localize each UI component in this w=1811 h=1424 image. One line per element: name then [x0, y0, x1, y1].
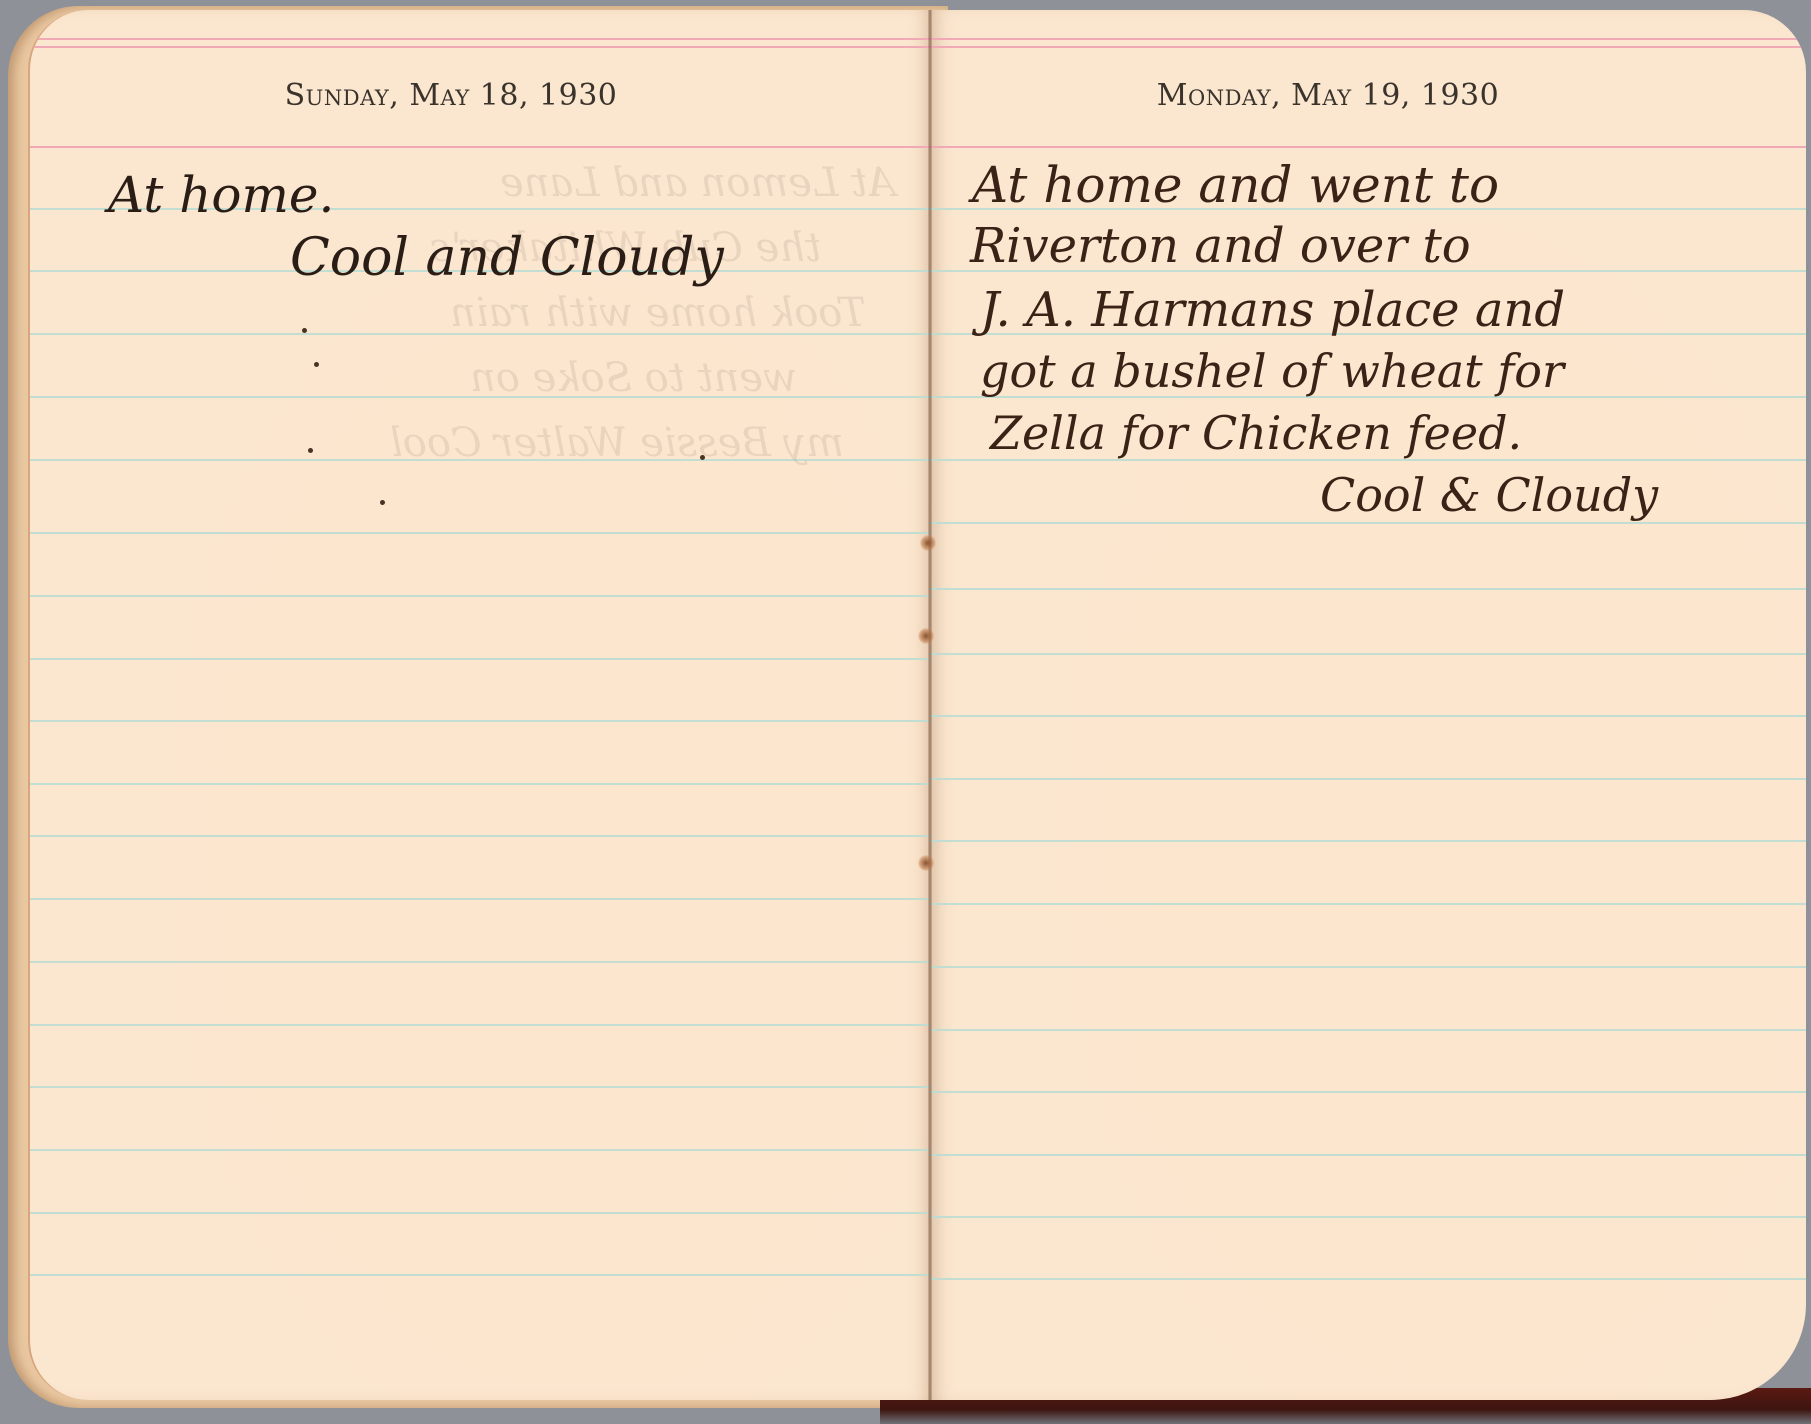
header-rule [930, 146, 1806, 148]
header-rule [30, 46, 932, 48]
ruled-line [30, 783, 932, 785]
ruled-line [30, 961, 932, 963]
ink-speck [302, 328, 307, 333]
header-rule [930, 38, 1806, 40]
ruled-line [930, 1278, 1806, 1280]
foxing-stain [918, 855, 934, 871]
entry-line: Riverton and over to [970, 222, 1471, 270]
ruled-line [30, 1274, 932, 1276]
ink-speck [308, 448, 313, 453]
diary-page-left: Sunday, May 18, 1930 At Lemon and Lane t… [28, 10, 932, 1400]
entry-line: At home. [108, 170, 334, 220]
entry-line: Cool and Cloudy [290, 232, 724, 284]
ruled-line [930, 1091, 1806, 1093]
ruled-line [930, 966, 1806, 968]
ruled-line [30, 595, 932, 597]
ruled-line [930, 840, 1806, 842]
ruled-line [30, 1086, 932, 1088]
header-rule [930, 46, 1806, 48]
ruled-line [30, 898, 932, 900]
bleed-through-text: At Lemon and Lane [500, 160, 895, 206]
header-rule [30, 38, 932, 40]
ruled-line [30, 835, 932, 837]
bleed-through-text: went to Soke on [470, 355, 797, 401]
ruled-line [30, 720, 932, 722]
foxing-stain [920, 535, 936, 551]
ruled-line [930, 522, 1806, 524]
ruled-line [930, 778, 1806, 780]
book-spine-gutter [928, 10, 932, 1400]
ink-speck [700, 455, 705, 460]
bleed-through-text: Took home with rain [450, 290, 866, 336]
ink-speck [314, 362, 319, 367]
ruled-line [30, 1212, 932, 1214]
bleed-through-text: my Bessie Walter Cool [390, 420, 844, 466]
ruled-line [930, 1216, 1806, 1218]
ruled-line [930, 1154, 1806, 1156]
entry-line: J. A. Harmans place and [980, 286, 1565, 334]
entry-line: got a bushel of wheat for [980, 348, 1564, 394]
foxing-stain [918, 628, 934, 644]
ruled-line [30, 1024, 932, 1026]
ruled-line [930, 903, 1806, 905]
header-rule [30, 146, 932, 148]
entry-line: Cool & Cloudy [1320, 472, 1658, 518]
ruled-line [930, 715, 1806, 717]
ink-speck [380, 500, 385, 505]
entry-line: Zella for Chicken feed. [990, 410, 1522, 456]
entry-line: At home and went to [972, 160, 1499, 210]
ruled-line [930, 1029, 1806, 1031]
ruled-line [30, 532, 932, 534]
diary-page-right: Monday, May 19, 1930 At home and went to… [930, 10, 1806, 1400]
ruled-line [30, 1149, 932, 1151]
date-header: Sunday, May 18, 1930 [30, 78, 932, 113]
ruled-line [30, 658, 932, 660]
date-header: Monday, May 19, 1930 [930, 78, 1806, 113]
ruled-line [930, 588, 1806, 590]
ruled-line [930, 653, 1806, 655]
